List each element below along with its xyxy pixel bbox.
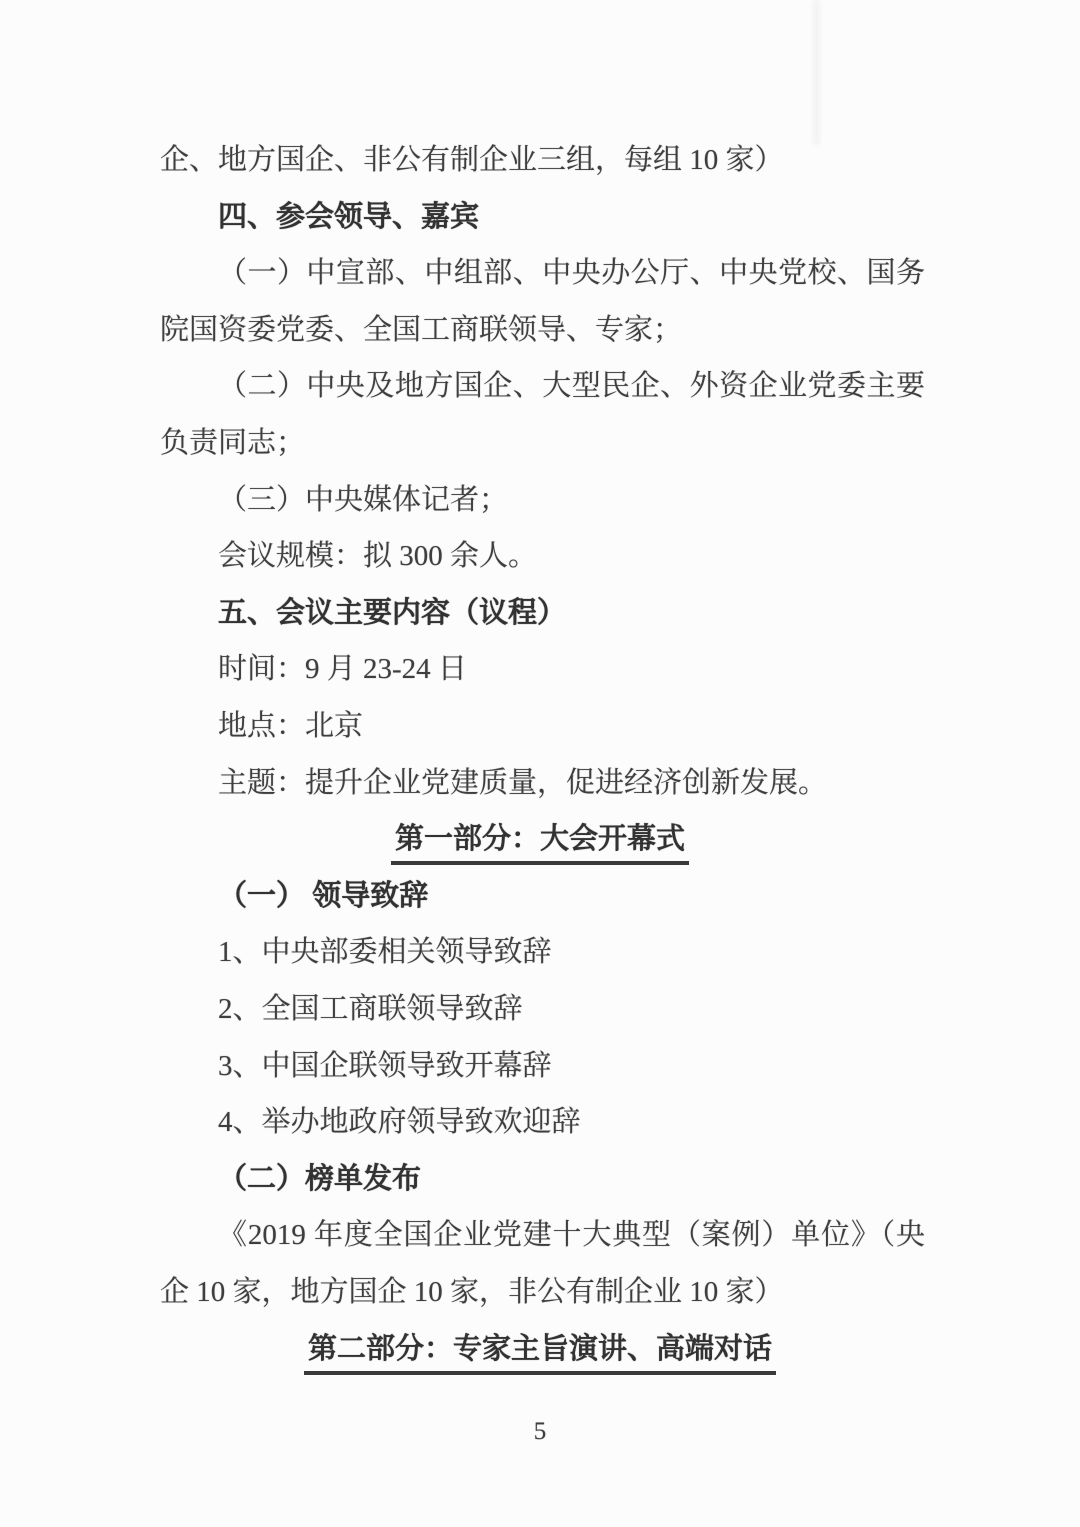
document-line: 3、中国企联领导致开幕辞: [160, 1038, 925, 1095]
document-line: 负责同志；: [160, 415, 925, 472]
document-line: 企、地方国企、非公有制企业三组，每组 10 家）: [160, 132, 925, 189]
document-line: 五、会议主要内容（议程）: [160, 585, 925, 642]
document-line: 会议规模：拟 300 余人。: [160, 528, 925, 585]
document-page: 企、地方国企、非公有制企业三组，每组 10 家）四、参会领导、嘉宾（一）中宣部、…: [0, 0, 1080, 1527]
document-line: 院国资委党委、全国工商联领导、专家；: [160, 302, 925, 359]
document-line: 企 10 家，地方国企 10 家，非公有制企业 10 家）: [160, 1264, 925, 1321]
part-heading-text: 第二部分：专家主旨演讲、高端对话: [304, 1331, 776, 1375]
document-line: 2、全国工商联领导致辞: [160, 981, 925, 1038]
document-line: 四、参会领导、嘉宾: [160, 189, 925, 246]
document-line: （三）中央媒体记者；: [160, 472, 925, 529]
document-line: 主题：提升企业党建质量，促进经济创新发展。: [160, 755, 925, 812]
document-line: 4、举办地政府领导致欢迎辞: [160, 1094, 925, 1151]
document-line: 时间：9 月 23-24 日: [160, 641, 925, 698]
scan-streak-artifact: [813, 0, 820, 145]
document-line: （一） 领导致辞: [160, 868, 925, 925]
part-heading-text: 第一部分：大会开幕式: [391, 821, 689, 865]
document-line: （二）中央及地方国企、大型民企、外资企业党委主要: [160, 358, 925, 415]
document-line: 1、中央部委相关领导致辞: [160, 924, 925, 981]
document-line: （二）榜单发布: [160, 1151, 925, 1208]
document-line: （一）中宣部、中组部、中央办公厅、中央党校、国务: [160, 245, 925, 302]
part-heading-line: 第一部分：大会开幕式: [0, 811, 1080, 868]
document-line: 地点：北京: [160, 698, 925, 755]
document-line: 《2019 年度全国企业党建十大典型（案例）单位》（央: [160, 1207, 925, 1264]
part-heading-line: 第二部分：专家主旨演讲、高端对话: [0, 1321, 1080, 1378]
page-number: 5: [0, 1412, 1080, 1452]
